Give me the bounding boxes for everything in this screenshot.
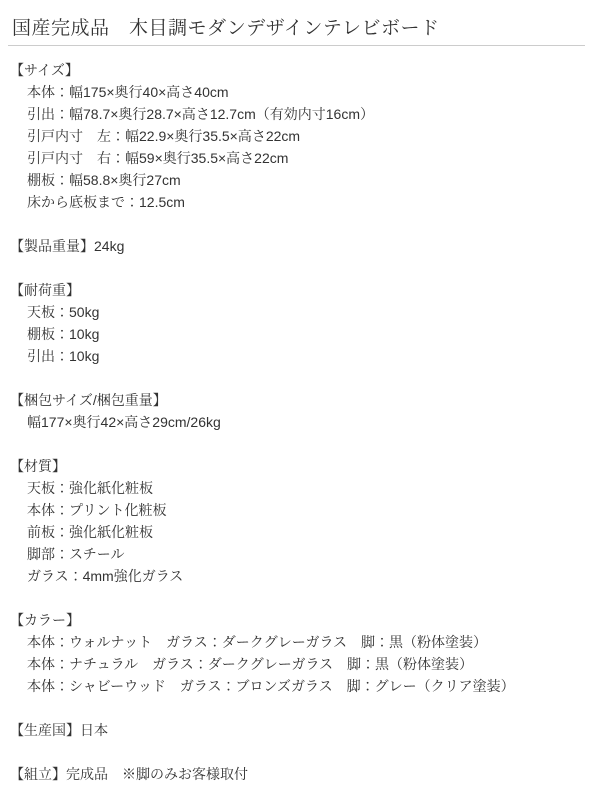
product-spec-page: 国産完成品 木目調モダンデザインテレビボード 【サイズ】 本体：幅175×奥行4…: [0, 0, 600, 803]
section-heading: 【材質】: [10, 458, 66, 474]
section-head-row: 【梱包サイズ/梱包重量】: [0, 389, 600, 411]
spec-section: 【生産国】日本: [0, 719, 600, 741]
section-lines: 本体：ウォルナット ガラス：ダークグレーガラス 脚：黒（粉体塗装）本体：ナチュラ…: [0, 631, 600, 697]
spec-line: 幅177×奥行42×高さ29cm/26kg: [0, 411, 600, 433]
spec-line: 本体：シャビーウッド ガラス：ブロンズガラス 脚：グレー（クリア塗装）: [0, 675, 600, 697]
spec-section: 【耐荷重】 天板：50kg棚板：10kg引出：10kg: [0, 279, 600, 367]
spec-line: 本体：幅175×奥行40×高さ40cm: [0, 81, 600, 103]
section-head-row: 【耐荷重】: [0, 279, 600, 301]
section-heading: 【カラー】: [10, 612, 80, 628]
section-head-row: 【サイズ】: [0, 59, 600, 81]
section-heading: 【生産国】: [10, 722, 80, 738]
spec-line: 引出：幅78.7×奥行28.7×高さ12.7cm（有効内寸16cm）: [0, 103, 600, 125]
section-inline-value: 24kg: [94, 238, 124, 254]
section-inline-value: 完成品 ※脚のみお客様取付: [66, 766, 248, 782]
spec-line: 本体：ウォルナット ガラス：ダークグレーガラス 脚：黒（粉体塗装）: [0, 631, 600, 653]
section-head-row: 【材質】: [0, 455, 600, 477]
section-lines: 本体：幅175×奥行40×高さ40cm引出：幅78.7×奥行28.7×高さ12.…: [0, 81, 600, 213]
section-heading: 【組立】: [10, 766, 66, 782]
spec-line: 本体：プリント化粧板: [0, 499, 600, 521]
section-heading: 【サイズ】: [10, 62, 79, 78]
spec-line: 本体：ナチュラル ガラス：ダークグレーガラス 脚：黒（粉体塗装）: [0, 653, 600, 675]
spec-section: 【梱包サイズ/梱包重量】 幅177×奥行42×高さ29cm/26kg: [0, 389, 600, 433]
spec-section: 【カラー】 本体：ウォルナット ガラス：ダークグレーガラス 脚：黒（粉体塗装）本…: [0, 609, 600, 697]
section-lines: 天板：50kg棚板：10kg引出：10kg: [0, 301, 600, 367]
spec-line: 脚部：スチール: [0, 543, 600, 565]
section-inline-value: 日本: [80, 722, 108, 738]
spec-line: 棚板：幅58.8×奥行27cm: [0, 169, 600, 191]
title-divider: [8, 45, 585, 46]
spec-line: 引出：10kg: [0, 345, 600, 367]
spec-line: 天板：強化紙化粧板: [0, 477, 600, 499]
spec-section: 【サイズ】 本体：幅175×奥行40×高さ40cm引出：幅78.7×奥行28.7…: [0, 59, 600, 213]
spec-section: 【組立】完成品 ※脚のみお客様取付: [0, 763, 600, 785]
section-head-row: 【製品重量】24kg: [0, 235, 600, 257]
spec-section: 【製品重量】24kg: [0, 235, 600, 257]
section-lines: 天板：強化紙化粧板本体：プリント化粧板前板：強化紙化粧板脚部：スチールガラス：4…: [0, 477, 600, 587]
section-heading: 【梱包サイズ/梱包重量】: [10, 392, 167, 408]
page-title: 国産完成品 木目調モダンデザインテレビボード: [0, 16, 600, 42]
spec-line: 棚板：10kg: [0, 323, 600, 345]
section-heading: 【製品重量】: [10, 238, 94, 254]
spec-line: 天板：50kg: [0, 301, 600, 323]
section-lines: 幅177×奥行42×高さ29cm/26kg: [0, 411, 600, 433]
spec-line: 床から底板まで：12.5cm: [0, 191, 600, 213]
spec-sections: 【サイズ】 本体：幅175×奥行40×高さ40cm引出：幅78.7×奥行28.7…: [0, 59, 600, 785]
spec-line: ガラス：4mm強化ガラス: [0, 565, 600, 587]
spec-line: 引戸内寸 左：幅22.9×奥行35.5×高さ22cm: [0, 125, 600, 147]
section-head-row: 【カラー】: [0, 609, 600, 631]
spec-line: 前板：強化紙化粧板: [0, 521, 600, 543]
section-head-row: 【生産国】日本: [0, 719, 600, 741]
section-head-row: 【組立】完成品 ※脚のみお客様取付: [0, 763, 600, 785]
section-heading: 【耐荷重】: [10, 282, 80, 298]
spec-line: 引戸内寸 右：幅59×奥行35.5×高さ22cm: [0, 147, 600, 169]
spec-section: 【材質】 天板：強化紙化粧板本体：プリント化粧板前板：強化紙化粧板脚部：スチール…: [0, 455, 600, 587]
